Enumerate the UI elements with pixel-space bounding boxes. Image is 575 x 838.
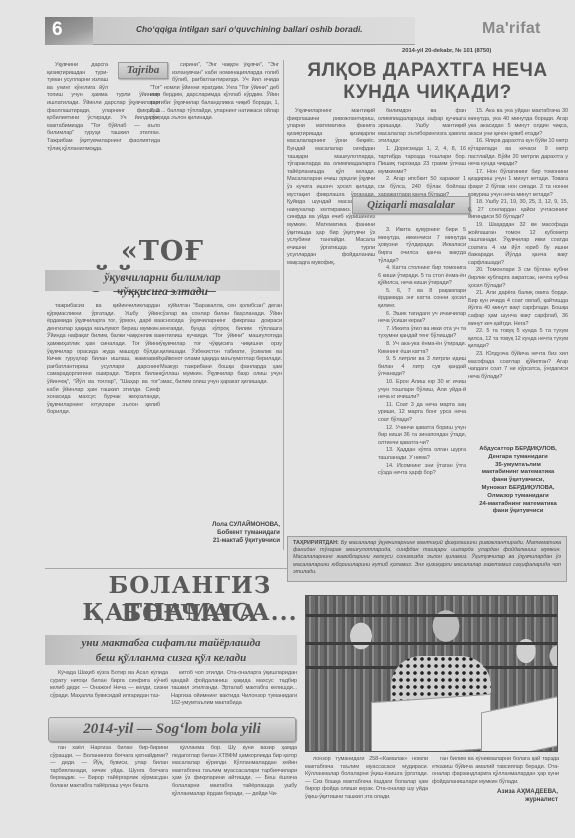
question-item: 13. Ҳаддан кўпга олган шурға ташланади. … xyxy=(378,447,466,462)
article-yalqov-column-3: 15. Ака ва ука уйдан мактабгача 30 минут… xyxy=(468,108,568,440)
editorial-note-label: ТАҲРИРИЯТДАН: xyxy=(293,540,339,546)
headline-bogcha-line2: ҚАТНАМАСА... xyxy=(45,599,335,627)
article-bogcha-bottom-column-3: лонзор туманидаги 258-«Камалак» номли ма… xyxy=(305,756,428,806)
byline-role: фани ўқитувчиси, xyxy=(466,477,570,485)
question-item: 5. 6, 7 ва 8 рақамлари ёрдамида энг катт… xyxy=(378,288,466,311)
subheadline-bogcha-line1: уни мактабга сифатли тайёрлашда xyxy=(45,636,297,650)
section-tag-qiziqarli-masalalar: Qiziqarli masalalar xyxy=(352,196,470,214)
article-bogcha-bottom-column-4: ган билим ва кўникмаларни болага қай тар… xyxy=(432,756,559,788)
subheadline-tog-line2: чўққисига элтади xyxy=(45,285,280,299)
article-tog-top-column-1: Ўқувчини дарсга қизиқтиришдан тури-туман… xyxy=(47,62,160,197)
question-item: 20. Томонлари 3 см бўлган кубни бирлик к… xyxy=(468,267,568,290)
question-item: 9. 5 литрли ва 3 литрли идиш билан 4 лит… xyxy=(378,356,466,379)
column-rule xyxy=(283,60,284,190)
question-item: 19. Шаҳардан 32 км масофада жойлашган то… xyxy=(468,222,568,268)
byline-tog: Лола СУЛАЙМОНОВА, Бобкент туманидаги 21-… xyxy=(160,521,280,545)
byline-place: Бобкент туманидаги xyxy=(160,529,280,537)
byline-role: фани ўқитувчиси xyxy=(466,508,570,516)
page-number: 6 xyxy=(52,19,63,41)
article-bogcha-top-column-2: китоб чоп этилди. Ота-оналарга ўқишларид… xyxy=(171,670,297,712)
year-banner-text: 2014-yil — Sog‘lom bola yili xyxy=(48,718,296,740)
article-bogcha-bottom-column-2: қўлланма бор. Шу куни вазир ҳамда педаго… xyxy=(172,745,297,805)
byline-role: 21-мактаб ўқитувчиси xyxy=(160,537,280,545)
article-bogcha-top-column-1: Кўчада Шаҳиб кўзга Ботир ва Асал кўлида … xyxy=(50,670,168,712)
question-item: 8. Уч ака-ука ёнма-ён ўтиради. Кимнинг ё… xyxy=(378,341,466,356)
headline-yalqov-line1: ЯЛҚОВ ДАРАХТГА НЕЧА xyxy=(290,60,565,82)
byline-role: журналист xyxy=(432,796,558,804)
byline-author: Абдусаттор БЕРДИҚУЛОВ, xyxy=(466,446,570,454)
tag-spacer xyxy=(150,62,172,84)
question-item: 17. Нон бўлагининг бир томонини қиздириш… xyxy=(468,169,568,199)
article-yalqov-column-2: билимдон ва фан олимпиадаларида зафар қу… xyxy=(378,108,466,498)
question-item: 10. Ерон Алиш юр 30 кг ичиш учун тошлари… xyxy=(378,379,466,402)
issue-info: 2014-yil 20-dekabr, № 101 (8750) xyxy=(402,48,491,54)
question-item: 15. Ака ва ука уйдан мактабгача 30 минут… xyxy=(468,108,568,138)
byline-place: Денгара туманидаги xyxy=(466,454,570,462)
column-rule xyxy=(283,190,284,550)
byline-place: Олмазор туманидаги xyxy=(466,493,570,501)
article-tog-top-column-2: сирини", "Энг чаққон ўқувчи", "Энг излан… xyxy=(150,62,279,197)
question-item: 18. Ушбу 21, 19, 30, 25, 3, 12, 9, 15, 6… xyxy=(468,199,568,222)
article-yalqov-column-1: Ўқувчиларнинг мантиқий фикрлашини ривожл… xyxy=(287,108,375,498)
byline-author: Муножат БЕРДИҚУЛОВА, xyxy=(466,485,570,493)
newspaper-logo: Ma'rifat xyxy=(482,20,541,38)
article-bogcha-bottom-column-1: ган хаёл Наргиза билан бир-бирини сўрашд… xyxy=(50,745,168,805)
question-item: 12. Учинчи қаватга бориш учун бир киши 3… xyxy=(378,425,466,448)
question-item: 1. Дорисмада 1, 2, 4, 8, 16 тартибда тар… xyxy=(378,146,466,176)
question-item: 21. Али дарёга балиқ овига борди. Бир ку… xyxy=(468,290,568,328)
question-item: 7. Иккита ўғил ва икки ота уч та тухумни… xyxy=(378,326,466,341)
subheadline-tog-line1: ўқувчиларни билимлар xyxy=(45,271,280,285)
question-item: 23. Юлдузча бўйича нечта биз хил масофад… xyxy=(468,351,568,381)
article-tog-bottom-column-2: кўйилган "Баракалла, сен ҳолибсан" деган… xyxy=(160,303,282,503)
question-item: 3. Икита қувурнинг бири 5 минутда, иккин… xyxy=(378,227,466,265)
question-item: 16. Ялқов дарахтга кун бўйи 10 метр кўта… xyxy=(468,138,568,168)
question-item: 4. Катта столнинг бир томонига 6 киши ўт… xyxy=(378,265,466,288)
question-item: 22. 5 та товуқ 5 кунда 5 та тухум қилса,… xyxy=(468,328,568,351)
question-item: 11. Соат 3 да неча марта заң уриши, 12 м… xyxy=(378,402,466,425)
byline-author: Лола СУЛАЙМОНОВА, xyxy=(160,521,280,529)
subheadline-bogcha-line2: беш қўлланма сизга қўл келади xyxy=(45,651,297,665)
byline-bogcha: Азиза АҲМАДЕЕВА, журналист xyxy=(432,788,558,804)
article-photo-teacher-reading-with-children xyxy=(305,595,558,752)
question-item: 14. Исомнинг эни ўтаган ўтга сўзда нечта… xyxy=(378,463,466,478)
article-tog-bottom-column-1: тажрибасиз ва қийинчиликлардан қўрқмасли… xyxy=(47,303,160,558)
question-item: 6. Эшик тагидаги уч ичакчилар неча ўсиши… xyxy=(378,311,466,326)
byline-author: Азиза АҲМАДЕЕВА, xyxy=(432,788,558,796)
header-tagline: Cho‘qqiga intilgan sari o‘quvchining bal… xyxy=(136,24,363,34)
headline-yalqov-line2: КУНДА ЧИҚАДИ? xyxy=(290,82,565,104)
byline-yalqov: Абдусаттор БЕРДИҚУЛОВ, Денгара туманидаг… xyxy=(466,446,570,516)
